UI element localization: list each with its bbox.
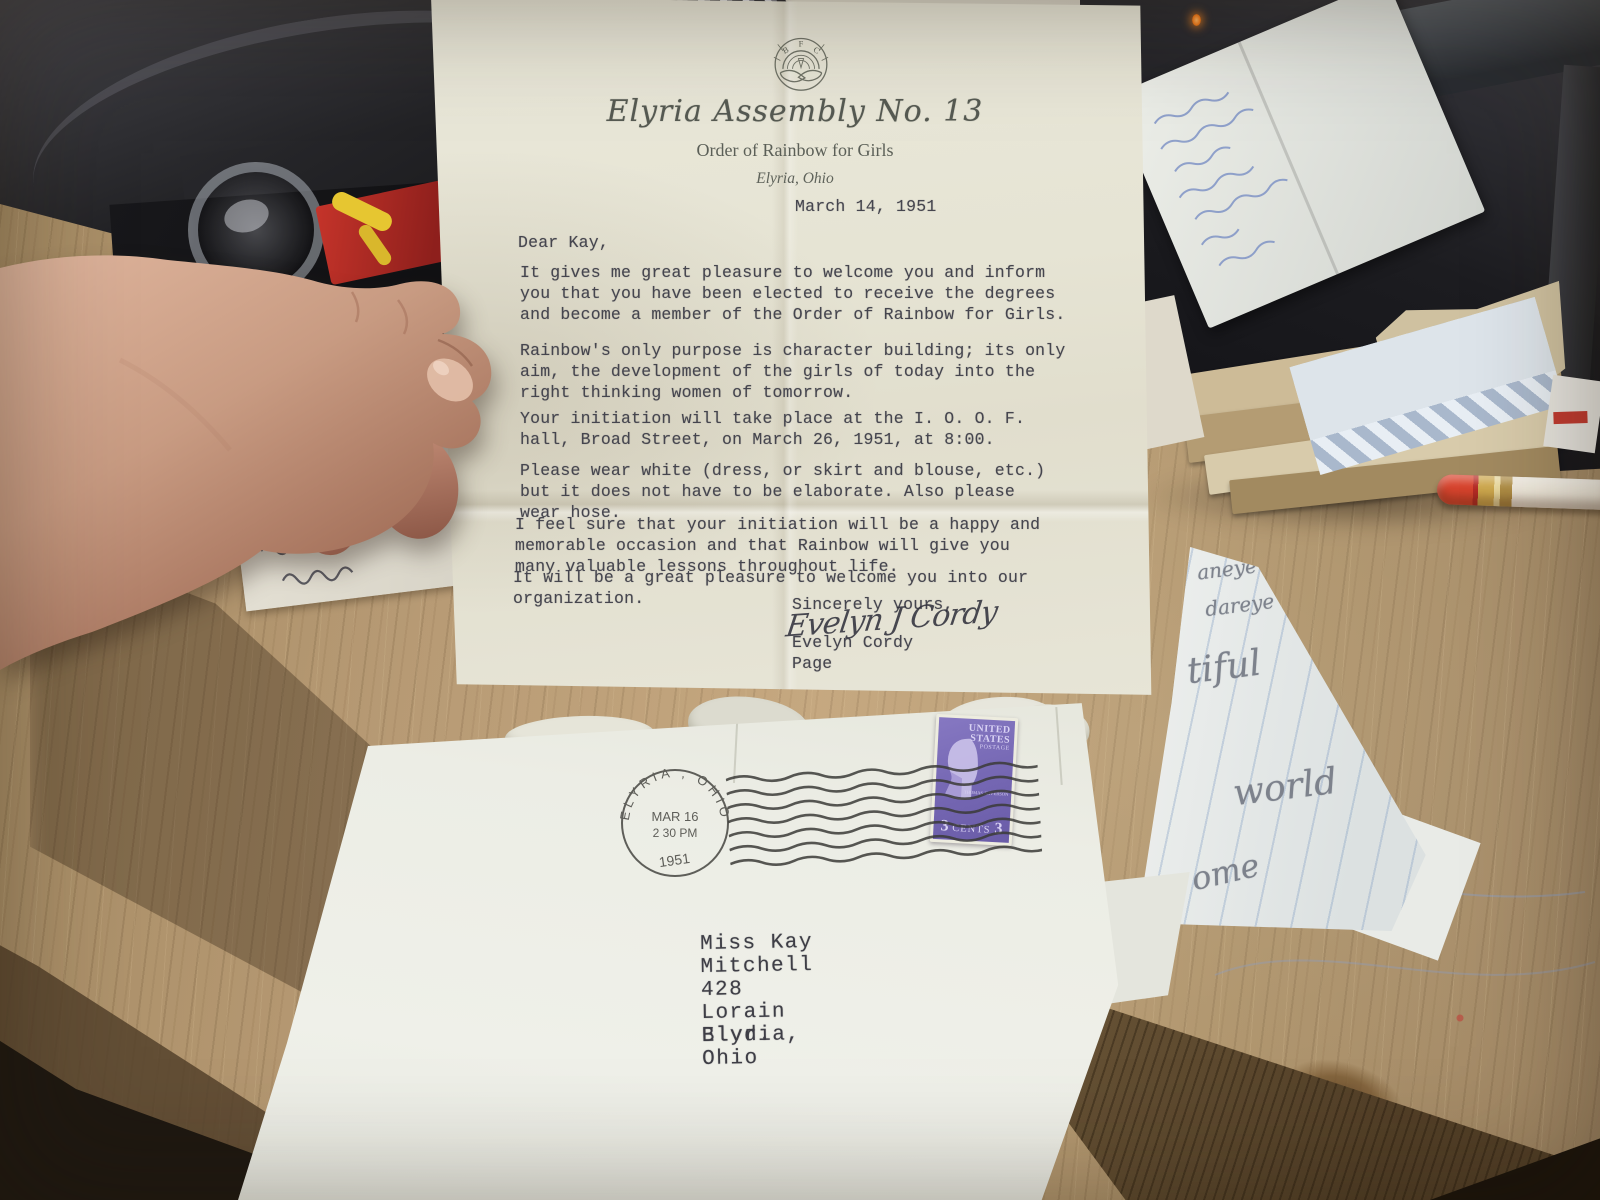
emblem-letter-c: C <box>812 45 822 56</box>
note-word: ome <box>1188 846 1263 898</box>
red-mark <box>1553 411 1587 424</box>
address-line-city: Elyria, Ohio <box>702 1023 802 1071</box>
organization-subtitle: Order of Rainbow for Girls <box>460 140 1130 161</box>
signer-typed-name: Evelyn Cordy <box>792 632 913 653</box>
postmark-time: 2 30 PM <box>653 826 698 840</box>
pencil-with-eraser <box>1437 474 1600 510</box>
note-word: world <box>1231 761 1339 814</box>
emblem-letter-b: B <box>781 45 791 56</box>
emblem-letter-f: F <box>799 39 804 48</box>
signer-title: Page <box>792 653 832 674</box>
rainbow-girls-emblem-icon: B F C <box>770 34 832 96</box>
organization-location: Elyria, Ohio <box>460 170 1130 188</box>
postmark-stamp: ELYRIA , OHIO MAR 16 2 30 PM 1951 <box>617 765 737 885</box>
typed-letter: B F C Elyria Assembly No. 13 Order of Ra… <box>420 0 1155 702</box>
note-word: tiful <box>1185 643 1263 693</box>
cancellation-lines <box>725 754 1042 878</box>
organization-name: Elyria Assembly No. 13 <box>460 94 1130 129</box>
address-line-name: Miss Kay Mitchell <box>700 931 814 979</box>
hand-holding-letter <box>0 240 520 740</box>
letter-date: March 14, 1951 <box>795 196 936 217</box>
orange-led-light <box>1192 14 1201 26</box>
small-paper-with-red-mark <box>1543 375 1600 454</box>
letter-paragraph: Rainbow's only purpose is character buil… <box>520 340 1066 403</box>
envelope-crease <box>1055 707 1062 785</box>
letter-salutation: Dear Kay, <box>518 232 609 253</box>
postmark-year: 1951 <box>658 850 691 870</box>
photo-of-letter-and-envelope: aneye dareye tiful world ome <box>0 0 1600 1200</box>
hand-and-forearm <box>0 255 491 670</box>
note-word: dareye <box>1204 589 1276 621</box>
letter-paragraph: Your initiation will take place at the I… <box>520 408 1025 450</box>
letter-paragraph: It gives me great pleasure to welcome yo… <box>520 262 1066 325</box>
postmark-date: MAR 16 <box>652 809 699 824</box>
